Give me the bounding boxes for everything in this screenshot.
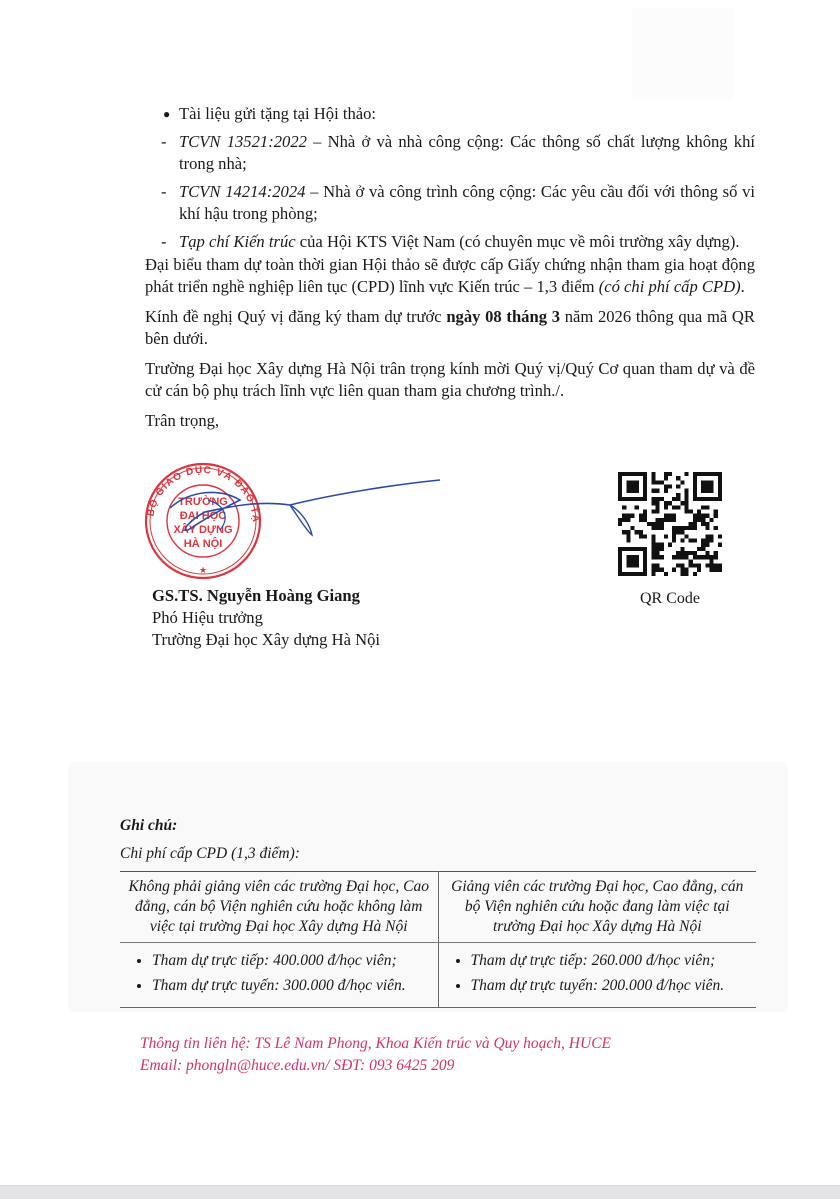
dash-icon: - [161, 231, 167, 253]
signer-organization: Trường Đại học Xây dựng Hà Nội [152, 629, 380, 651]
body-paragraphs: Đại biểu tham dự toàn thời gian Hội thảo… [145, 254, 755, 440]
cpd-fees-table: Không phải giảng viên các trường Đại học… [120, 871, 756, 1008]
contact-line: Thông tin liên hệ: TS Lê Nam Phong, Khoa… [140, 1033, 611, 1055]
bottom-toolbar-edge [0, 1185, 840, 1199]
invite-paragraph: Trường Đại học Xây dựng Hà Nội trân trọn… [145, 358, 755, 402]
list-item: - TCVN 14214:2024 – Nhà ở và công trình … [145, 181, 755, 225]
faint-background-patch [632, 8, 734, 100]
dash-icon: - [161, 131, 167, 153]
closing: Trân trọng, [145, 410, 755, 432]
fee-item: Tham dự trực tuyến: 200.000 đ/học viên. [471, 976, 753, 996]
signer-position: Phó Hiệu trưởng [152, 607, 380, 629]
register-paragraph: Kính đề nghị Quý vị đăng ký tham dự trướ… [145, 306, 755, 350]
signer-block: GS.TS. Nguyễn Hoàng Giang Phó Hiệu trưởn… [152, 585, 380, 651]
fee-item: Tham dự trực tiếp: 260.000 đ/học viên; [471, 951, 753, 971]
qr-code[interactable] [618, 472, 722, 576]
dash-icon: - [161, 181, 167, 203]
fee-cell: Tham dự trực tiếp: 400.000 đ/học viên; T… [120, 943, 438, 1008]
star-icon: ★ [199, 565, 207, 575]
fee-item: Tham dự trực tiếp: 400.000 đ/học viên; [152, 951, 434, 971]
column-header: Giảng viên các trường Đại học, Cao đẳng,… [438, 872, 756, 943]
qr-label: QR Code [620, 590, 720, 608]
notes-section: Ghi chú: Chi phí cấp CPD (1,3 điểm): Khô… [120, 815, 756, 1008]
bullet-icon: ● [163, 103, 170, 125]
fee-cell: Tham dự trực tiếp: 260.000 đ/học viên; T… [438, 943, 756, 1008]
fee-item: Tham dự trực tuyến: 300.000 đ/học viên. [152, 976, 434, 996]
signer-name: GS.TS. Nguyễn Hoàng Giang [152, 585, 380, 607]
list-item: - TCVN 13521:2022 – Nhà ở và nhà công cộ… [145, 131, 755, 175]
materials-section: ● Tài liệu gửi tặng tại Hội thảo: - TCVN… [145, 103, 755, 259]
list-item: - Tạp chí Kiến trúc của Hội KTS Việt Nam… [145, 231, 755, 253]
contact-email-line[interactable]: Email: phongln@huce.edu.vn/ SĐT: 093 642… [140, 1055, 611, 1077]
contact-info: Thông tin liên hệ: TS Lê Nam Phong, Khoa… [140, 1033, 611, 1077]
column-header: Không phải giảng viên các trường Đại học… [120, 872, 438, 943]
notes-title: Ghi chú: [120, 815, 756, 837]
materials-heading: ● Tài liệu gửi tặng tại Hội thảo: [145, 103, 755, 125]
notes-subtitle: Chi phí cấp CPD (1,3 điểm): [120, 843, 756, 865]
signature [150, 470, 450, 550]
cpd-paragraph: Đại biểu tham dự toàn thời gian Hội thảo… [145, 254, 755, 298]
